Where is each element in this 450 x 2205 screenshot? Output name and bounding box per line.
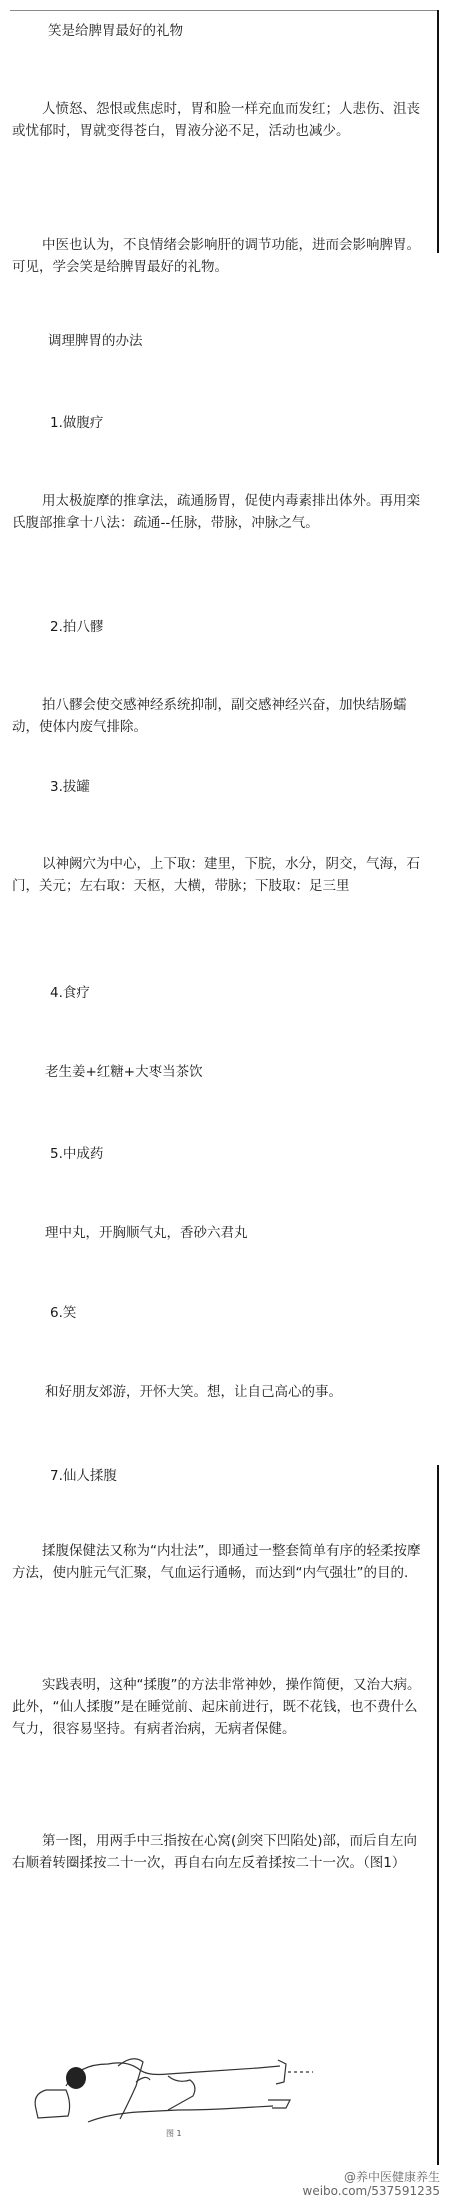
section-heading: 调理脾胃的办法 (48, 330, 143, 352)
paragraph-tcm-view: 中医也认为，不良情绪会影响肝的调节功能，进而会影响脾胃。可见，学会笑是给脾胃最好… (12, 234, 430, 278)
paragraph-practice: 实践表明，这种“揉腹”的方法非常神妙，操作简便，又治大病。此外，“仙人揉腹”是在… (12, 1674, 430, 1740)
watermark-account: @养中医健康养生 (344, 2168, 440, 2185)
method-heading-4: 4.食疗 (50, 982, 90, 1004)
figure-illustration: 图 1 (28, 2024, 320, 2142)
method-body-3: 以神阙穴为中心，上下取：建里，下脘，水分，阴交，气海，石门，关元；左右取：天枢，… (12, 853, 430, 897)
method-heading-1: 1.做腹疗 (50, 412, 103, 434)
right-border-line (437, 10, 439, 253)
paragraph-emotion-stomach: 人愤怒、怨恨或焦虑时，胃和脸一样充血而发红；人悲伤、沮丧或忧郁时，胃就变得苍白，… (12, 98, 430, 142)
watermark-url: weibo.com/537591235 (303, 2184, 440, 2198)
method-heading-5: 5.中成药 (50, 1143, 103, 1165)
method-body-2: 拍八髎会使交感神经系统抑制，副交感神经兴奋，加快结肠蠕动，使体内废气排除。 (12, 694, 430, 738)
method-body-6: 和好朋友郊游，开怀大笑。想，让自己高心的事。 (45, 1381, 342, 1403)
method-heading-2: 2.拍八髎 (50, 616, 103, 638)
method-heading-7: 7.仙人揉腹 (50, 1465, 117, 1487)
article-title: 笑是给脾胃最好的礼物 (48, 20, 183, 42)
svg-text:图 1: 图 1 (166, 2129, 182, 2138)
method-heading-3: 3.拔罐 (50, 776, 90, 798)
method-body-5: 理中丸，开胸顺气丸，香砂六君丸 (45, 1222, 248, 1244)
method-heading-6: 6.笑 (50, 1302, 76, 1324)
method-body-1: 用太极旋摩的推拿法，疏通肠胃，促使内毒素排出体外。再用栾氏腹部推拿十八法：疏通-… (12, 490, 430, 534)
method-body-4: 老生姜+红糖+大枣当茶饮 (45, 1061, 203, 1083)
paragraph-figure-one: 第一图，用两手中三指按在心窝(剑突下凹陷处)部，而后自左向右顺着转圈揉按二十一次… (12, 1830, 430, 1874)
lying-person-icon: 图 1 (28, 2024, 320, 2142)
method-body-7: 揉腹保健法又称为“内壮法”，即通过一整套简单有序的轻柔按摩方法，使内脏元气汇聚，… (12, 1540, 430, 1584)
right-border-line-lower (437, 1465, 439, 2165)
top-border-line (10, 10, 438, 11)
